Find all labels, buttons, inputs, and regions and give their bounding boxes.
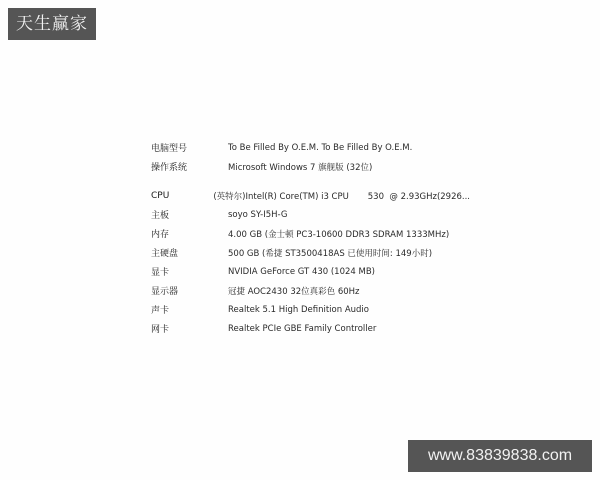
url-watermark: www.83839838.com xyxy=(408,440,592,472)
info-label: 电脑型号 xyxy=(140,143,228,154)
info-row-graphics: 显卡 NVIDIA GeForce GT 430 (1024 MB) xyxy=(140,262,470,281)
info-label: 操作系统 xyxy=(140,160,228,173)
info-row-memory: 内存 4.00 GB (金士顿 PC3-10600 DDR3 SDRAM 133… xyxy=(140,224,470,243)
info-value: 500 GB (希捷 ST3500418AS 已使用时间: 149小时) xyxy=(228,247,432,259)
info-value: 4.00 GB (金士顿 PC3-10600 DDR3 SDRAM 1333MH… xyxy=(228,228,449,240)
system-info-panel: 电脑型号 To Be Filled By O.E.M. To Be Filled… xyxy=(140,143,470,343)
info-row-motherboard: 主板 soyo SY-I5H-G xyxy=(140,205,470,224)
info-label: 主硬盘 xyxy=(140,246,228,259)
system-info-list: 电脑型号 To Be Filled By O.E.M. To Be Filled… xyxy=(140,143,470,338)
info-row-sound: 声卡 Realtek 5.1 High Definition Audio xyxy=(140,300,470,319)
info-label: 主板 xyxy=(140,208,228,221)
info-row-os: 操作系统 Microsoft Windows 7 旗舰版 (32位) xyxy=(140,157,470,176)
info-value: Microsoft Windows 7 旗舰版 (32位) xyxy=(228,161,372,173)
info-value: Realtek 5.1 High Definition Audio xyxy=(228,305,369,315)
info-value: soyo SY-I5H-G xyxy=(228,210,287,220)
info-value: Realtek PCIe GBE Family Controller xyxy=(228,324,376,334)
info-value: NVIDIA GeForce GT 430 (1024 MB) xyxy=(228,267,375,277)
info-row-hard-disk: 主硬盘 500 GB (希捷 ST3500418AS 已使用时间: 149小时) xyxy=(140,243,470,262)
info-label: 内存 xyxy=(140,227,228,240)
info-value: To Be Filled By O.E.M. To Be Filled By O… xyxy=(228,143,412,153)
brand-watermark: 天生赢家 xyxy=(8,8,96,40)
info-row-model: 电脑型号 To Be Filled By O.E.M. To Be Filled… xyxy=(140,143,470,157)
info-label: 显卡 xyxy=(140,265,228,278)
info-label: 显示器 xyxy=(140,284,228,297)
info-row-cpu: CPU (英特尔)Intel(R) Core(TM) i3 CPU 530 @ … xyxy=(140,186,470,205)
info-value: (英特尔)Intel(R) Core(TM) i3 CPU 530 @ 2.93… xyxy=(213,190,470,202)
info-label: 网卡 xyxy=(140,322,228,335)
info-label: CPU xyxy=(140,191,213,201)
info-value: 冠捷 AOC2430 32位真彩色 60Hz xyxy=(228,285,360,297)
info-row-monitor: 显示器 冠捷 AOC2430 32位真彩色 60Hz xyxy=(140,281,470,300)
info-label: 声卡 xyxy=(140,303,228,316)
info-row-network: 网卡 Realtek PCIe GBE Family Controller xyxy=(140,319,470,338)
